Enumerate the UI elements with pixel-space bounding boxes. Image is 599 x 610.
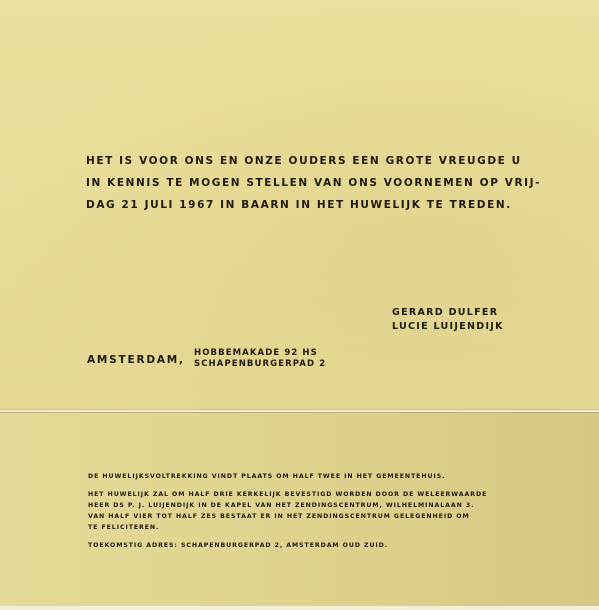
city: AMSTERDAM, [87,354,185,366]
reception-line: TE FELICITEREN. [88,522,487,533]
card-fold-line [0,409,599,413]
announcement-line: HET IS VOOR ONS EN ONZE OUDERS EEN GROTE… [86,150,541,172]
church-blessing-line: HET HUWELIJK ZAL OM HALF DRIE KERKELIJK … [88,489,487,500]
groom-name: GERARD DULFER [392,306,504,320]
future-address-text: TOEKOMSTIG ADRES: SCHAPENBURGERPAD 2, AM… [88,540,487,551]
civil-ceremony-text: DE HUWELIJKSVOLTREKKING VINDT PLAATS OM … [88,471,487,482]
announcement-line: IN KENNIS TE MOGEN STELLEN VAN ONS VOORN… [86,172,541,194]
address-bride: SCHAPENBURGERPAD 2 [194,359,326,370]
announcement-text: HET IS VOOR ONS EN ONZE OUDERS EEN GROTE… [86,150,541,216]
reception-line: VAN HALF VIER TOT HALF ZES BESTAAT ER IN… [88,511,487,522]
address-groom: HOBBEMAKADE 92 HS [194,348,326,359]
addresses: HOBBEMAKADE 92 HS SCHAPENBURGERPAD 2 [194,348,326,370]
announcement-line: DAG 21 JULI 1967 IN BAARN IN HET HUWELIJ… [86,194,541,216]
announcement-card: HET IS VOOR ONS EN ONZE OUDERS EEN GROTE… [0,0,599,610]
card-bottom-edge [0,606,599,610]
church-blessing-line: HEER DS P. J. LUIJENDIJK IN DE KAPEL VAN… [88,500,487,511]
couple-names: GERARD DULFER LUCIE LUIJENDIJK [392,306,504,334]
ceremony-details: DE HUWELIJKSVOLTREKKING VINDT PLAATS OM … [88,471,487,551]
bride-name: LUCIE LUIJENDIJK [392,320,504,334]
